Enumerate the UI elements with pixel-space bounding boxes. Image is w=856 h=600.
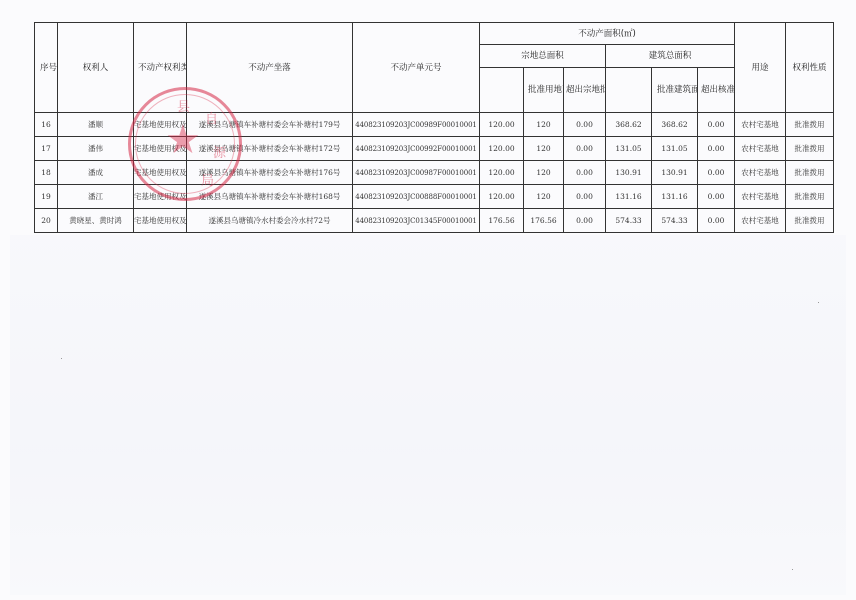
- cell-building-total: 131.16: [606, 185, 652, 209]
- cell-building-total: 574.33: [606, 209, 652, 233]
- cell-building-approved: 574.33: [652, 209, 698, 233]
- cell-right-nature: 批准拨用: [786, 161, 834, 185]
- table-header: 序号 权利人 不动产权利类型 不动产坐落 不动产单元号 不动产面积(㎡) 用途 …: [35, 23, 834, 113]
- cell-seq: 18: [35, 161, 58, 185]
- cell-unit-no: 440823109203JC00987F00010001: [353, 161, 480, 185]
- cell-holder: 黄晓星、黄时鸿: [58, 209, 134, 233]
- cell-building-total: 131.05: [606, 137, 652, 161]
- cell-holder: 潘伟: [58, 137, 134, 161]
- cell-land-approved: 120: [524, 185, 564, 209]
- page-background: [10, 235, 846, 595]
- cell-land-exceed: 0.00: [564, 113, 606, 137]
- header-right-nature: 权利性质: [786, 23, 834, 113]
- cell-building-exceed: 0.00: [698, 209, 735, 233]
- cell-building-approved: 130.91: [652, 161, 698, 185]
- cell-seq: 20: [35, 209, 58, 233]
- cell-land-approved: 176.56: [524, 209, 564, 233]
- property-registry-table: 序号 权利人 不动产权利类型 不动产坐落 不动产单元号 不动产面积(㎡) 用途 …: [34, 22, 834, 233]
- cell-right-nature: 批准拨用: [786, 209, 834, 233]
- header-land-total-group: 宗地总面积: [480, 45, 606, 68]
- header-building-exceed: 超出核准登记房屋建筑面积: [698, 68, 735, 113]
- scan-speck: [61, 358, 62, 359]
- cell-building-total: 368.62: [606, 113, 652, 137]
- header-land-total: [480, 68, 524, 113]
- cell-right-type: 宅基地使用权及房屋所有权: [134, 161, 187, 185]
- cell-location: 遂溪县乌塘镇冷水村委会冷水村72号: [187, 209, 353, 233]
- table-row: 17 潘伟 宅基地使用权及房屋所有权 遂溪县乌塘镇车补塘村委会车补塘村172号 …: [35, 137, 834, 161]
- header-seq: 序号: [35, 23, 58, 113]
- cell-land-total: 120.00: [480, 185, 524, 209]
- cell-building-total: 130.91: [606, 161, 652, 185]
- cell-unit-no: 440823109203JC01345F00010001: [353, 209, 480, 233]
- scan-speck: [792, 569, 793, 570]
- cell-usage: 农村宅基地: [735, 209, 786, 233]
- cell-building-exceed: 0.00: [698, 185, 735, 209]
- cell-holder: 潘成: [58, 161, 134, 185]
- cell-land-total: 120.00: [480, 137, 524, 161]
- cell-unit-no: 440823109203JC00989F00010001: [353, 113, 480, 137]
- header-building-approved: 批准建筑面积: [652, 68, 698, 113]
- cell-right-type: 宅基地使用权及房屋所有权: [134, 185, 187, 209]
- cell-building-exceed: 0.00: [698, 161, 735, 185]
- cell-location: 遂溪县乌塘镇车补塘村委会车补塘村168号: [187, 185, 353, 209]
- cell-land-total: 120.00: [480, 161, 524, 185]
- header-area-group: 不动产面积(㎡): [480, 23, 735, 45]
- table-body: 16 潘顺 宅基地使用权及房屋所有权 遂溪县乌塘镇车补塘村委会车补塘村179号 …: [35, 113, 834, 233]
- table-row: 20 黄晓星、黄时鸿 宅基地使用权及房屋所有权 遂溪县乌塘镇冷水村委会冷水村72…: [35, 209, 834, 233]
- cell-land-exceed: 0.00: [564, 137, 606, 161]
- cell-unit-no: 440823109203JC00992F00010001: [353, 137, 480, 161]
- cell-land-total: 176.56: [480, 209, 524, 233]
- cell-usage: 农村宅基地: [735, 161, 786, 185]
- table-row: 16 潘顺 宅基地使用权及房屋所有权 遂溪县乌塘镇车补塘村委会车补塘村179号 …: [35, 113, 834, 137]
- cell-building-exceed: 0.00: [698, 137, 735, 161]
- cell-right-type: 宅基地使用权及房屋所有权: [134, 209, 187, 233]
- cell-usage: 农村宅基地: [735, 137, 786, 161]
- header-unit-no: 不动产单元号: [353, 23, 480, 113]
- header-holder: 权利人: [58, 23, 134, 113]
- cell-building-approved: 368.62: [652, 113, 698, 137]
- cell-usage: 农村宅基地: [735, 113, 786, 137]
- cell-building-approved: 131.05: [652, 137, 698, 161]
- cell-land-exceed: 0.00: [564, 161, 606, 185]
- cell-location: 遂溪县乌塘镇车补塘村委会车补塘村176号: [187, 161, 353, 185]
- cell-seq: 17: [35, 137, 58, 161]
- cell-seq: 19: [35, 185, 58, 209]
- table-row: 18 潘成 宅基地使用权及房屋所有权 遂溪县乌塘镇车补塘村委会车补塘村176号 …: [35, 161, 834, 185]
- cell-land-total: 120.00: [480, 113, 524, 137]
- cell-building-exceed: 0.00: [698, 113, 735, 137]
- header-land-approved: 批准用地面积: [524, 68, 564, 113]
- cell-land-exceed: 0.00: [564, 185, 606, 209]
- cell-land-approved: 120: [524, 137, 564, 161]
- cell-holder: 潘江: [58, 185, 134, 209]
- cell-usage: 农村宅基地: [735, 185, 786, 209]
- cell-land-exceed: 0.00: [564, 209, 606, 233]
- cell-holder: 潘顺: [58, 113, 134, 137]
- table-row: 19 潘江 宅基地使用权及房屋所有权 遂溪县乌塘镇车补塘村委会车补塘村168号 …: [35, 185, 834, 209]
- cell-seq: 16: [35, 113, 58, 137]
- cell-location: 遂溪县乌塘镇车补塘村委会车补塘村172号: [187, 137, 353, 161]
- cell-land-approved: 120: [524, 113, 564, 137]
- header-building-total: [606, 68, 652, 113]
- cell-right-nature: 批准拨用: [786, 113, 834, 137]
- cell-land-approved: 120: [524, 161, 564, 185]
- scan-speck: [818, 302, 819, 303]
- cell-right-type: 宅基地使用权及房屋所有权: [134, 137, 187, 161]
- header-land-exceed: 超出宗地批准用地面积: [564, 68, 606, 113]
- header-usage: 用途: [735, 23, 786, 113]
- cell-right-nature: 批准拨用: [786, 137, 834, 161]
- header-building-total-group: 建筑总面积: [606, 45, 735, 68]
- cell-unit-no: 440823109203JC00888F00010001: [353, 185, 480, 209]
- header-location: 不动产坐落: [187, 23, 353, 113]
- cell-location: 遂溪县乌塘镇车补塘村委会车补塘村179号: [187, 113, 353, 137]
- cell-right-nature: 批准拨用: [786, 185, 834, 209]
- cell-building-approved: 131.16: [652, 185, 698, 209]
- cell-right-type: 宅基地使用权及房屋所有权: [134, 113, 187, 137]
- header-right-type: 不动产权利类型: [134, 23, 187, 113]
